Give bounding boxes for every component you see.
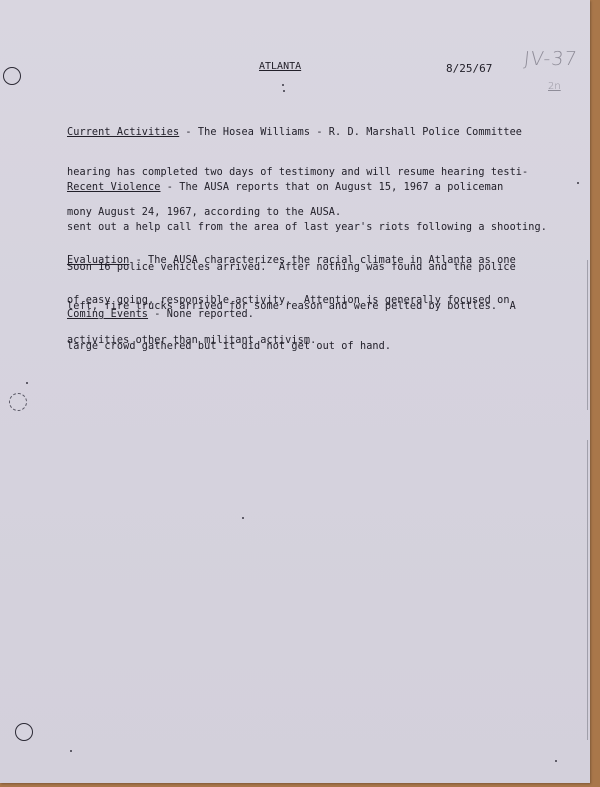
hole-punch-bottom (15, 723, 33, 741)
ink-speck (555, 760, 557, 762)
section-heading: Coming Events (67, 309, 148, 320)
handwritten-annotation: 2n (548, 81, 561, 92)
page-edge-shadow (587, 260, 588, 410)
section-line: The AUSA characterizes the racial climat… (148, 255, 516, 266)
section-heading: Current Activities (67, 127, 179, 138)
hole-punch-top (3, 67, 21, 85)
page-edge-shadow (587, 440, 588, 740)
section-heading: Recent Violence (67, 182, 161, 193)
ink-speck (242, 517, 244, 519)
ink-speck (282, 84, 284, 86)
document-date: 8/25/67 (446, 62, 492, 75)
section-heading: Evaluation (67, 255, 129, 266)
document-title: ATLANTA (259, 61, 301, 72)
ink-speck (577, 182, 579, 184)
hole-punch-middle (9, 393, 27, 411)
document-page: ATLANTA 8/25/67 JV-37 2n Current Activit… (0, 0, 590, 783)
section-line: None reported. (167, 309, 254, 320)
ink-speck (70, 750, 72, 752)
handwritten-file-id: JV-37 (523, 48, 579, 70)
ink-speck (26, 382, 28, 384)
section-line: The Hosea Williams - R. D. Marshall Poli… (198, 127, 522, 138)
ink-speck (283, 90, 285, 92)
section-coming-events: Coming Events - None reported. (67, 282, 254, 348)
section-line: The AUSA reports that on August 15, 1967… (179, 182, 503, 193)
